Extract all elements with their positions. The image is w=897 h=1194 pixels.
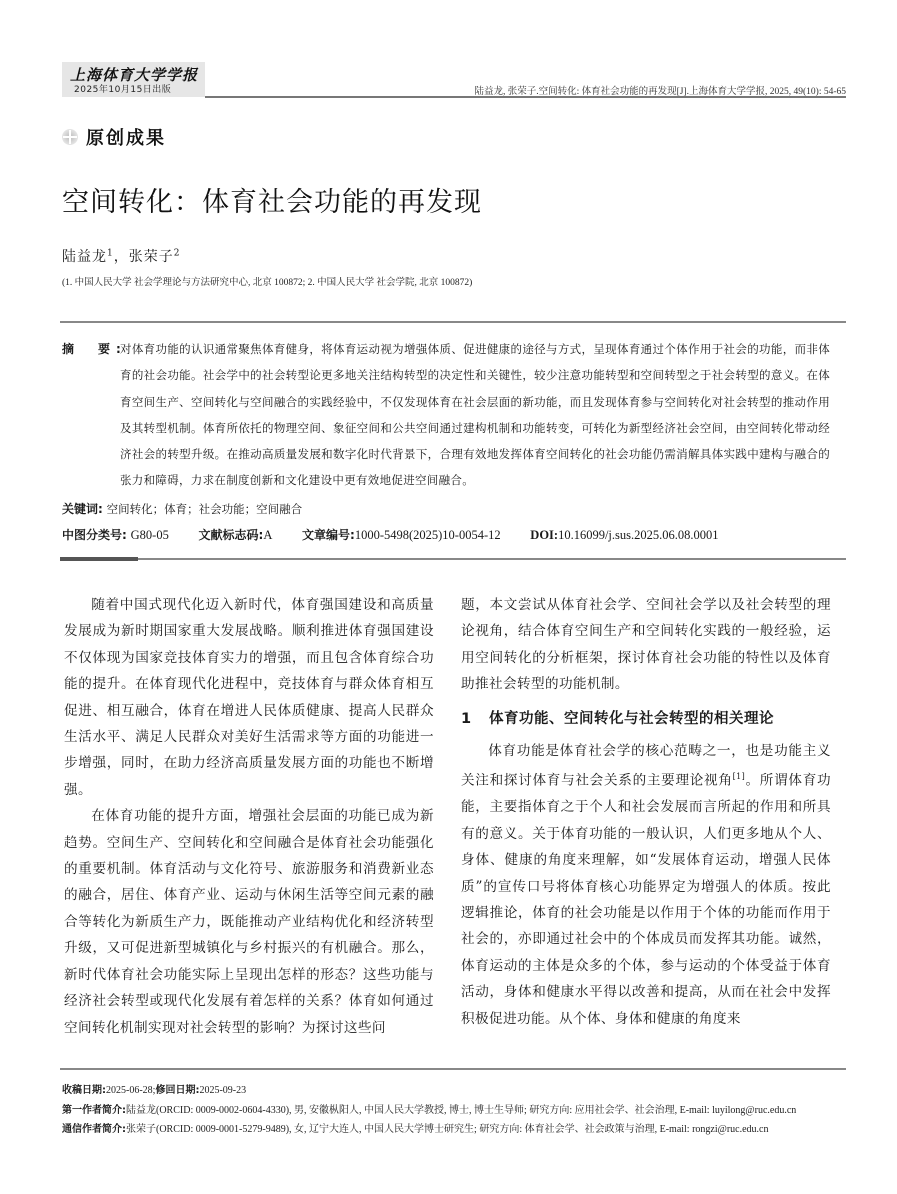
article-no-label: 文章编号: [302,528,355,542]
first-author-label: 第一作者简介: [62,1101,126,1121]
first-author-row: 第一作者简介: 陆益龙(ORCID: 0009-0002-0604-4330),… [62,1101,842,1121]
section-ornament-icon [62,129,78,145]
author-affil-mark: 2 [174,248,181,258]
doi-value[interactable]: 10.16099/j.sus.2025.06.08.0001 [558,528,718,542]
corresponding-author-value: 张荣子(ORCID: 0009-0001-5279-9489), 女, 辽宁大连… [126,1120,769,1140]
clc-label: 中图分类号: [62,528,127,542]
publish-date: 2025年10月15日出版 [74,82,171,95]
journal-logo: 上海体育大学学报 2025年10月15日出版 [62,62,205,97]
first-author-value: 陆益龙(ORCID: 0009-0002-0604-4330), 男, 安徽枞阳… [126,1101,796,1121]
keywords-value: 空间转化；体育；社会功能；空间融合 [107,502,303,516]
body-divider [138,558,846,560]
doc-code-value: A [263,528,272,542]
doi-label: DOI: [530,528,558,542]
section-heading-1: 1体育功能、空间转化与社会转型的相关理论 [461,706,831,732]
author-list: 陆益龙1，张荣子2 [62,246,180,266]
body-paragraph: 体育功能是体育社会学的核心范畴之一，也是功能主义关注和探讨体育与社会关系的主要理… [461,738,831,1032]
revised-label: 修回日期: [155,1081,199,1101]
received-label: 收稿日期: [62,1081,106,1101]
body-column-left: 随着中国式现代化迈入新时代，体育强国建设和高质量发展成为新时期国家重大发展战略。… [64,592,434,1041]
abstract-block: 摘 要: 对体育功能的认识通常聚焦体育健身，将体育运动视为增强体质、促进健康的途… [62,336,830,494]
clc-value: G80-05 [131,528,169,542]
paragraph-text: 。所谓体育功能，主要指体育之于个人和社会发展而言所起的作用和所具有的意义。关于体… [461,773,831,1027]
reference-marker[interactable]: [1] [733,772,746,781]
author-name: 陆益龙 [62,249,107,265]
received-value: 2025-06-28; [106,1081,155,1101]
article-no-value: 1000-5498(2025)10-0054-12 [355,528,501,542]
footnote-divider [60,1068,846,1070]
author-name: 张荣子 [129,249,174,265]
keywords-label: 关键词: [62,502,103,516]
section-label: 原创成果 [86,124,166,150]
section-heading-text: 体育功能、空间转化与社会转型的相关理论 [489,711,774,727]
keywords-line: 关键词: 空间转化；体育；社会功能；空间融合 [62,500,302,517]
body-column-right: 题，本文尝试从体育社会学、空间社会学以及社会转型的理论视角，结合体育空间生产和空… [461,592,831,1032]
body-paragraph: 题，本文尝试从体育社会学、空间社会学以及社会转型的理论视角，结合体育空间生产和空… [461,592,831,698]
abstract-top-divider [60,321,846,323]
doc-code-label: 文献标志码: [199,528,264,542]
section-tag: 原创成果 [62,124,166,150]
classification-line: 中图分类号: G80-05 文献标志码:A 文章编号:1000-5498(202… [62,526,719,543]
author-separator: ， [114,249,129,265]
body-paragraph: 随着中国式现代化迈入新时代，体育强国建设和高质量发展成为新时期国家重大发展战略。… [64,592,434,803]
abstract-text: 对体育功能的认识通常聚焦体育健身，将体育运动视为增强体质、促进健康的途径与方式，… [120,336,830,494]
article-title: 空间转化：体育社会功能的再发现 [62,180,482,219]
body-paragraph: 在体育功能的提升方面，增强社会层面的功能已成为新趋势。空间生产、空间转化和空间融… [64,803,434,1041]
dates-row: 收稿日期: 2025-06-28; 修回日期: 2025-09-23 [62,1081,842,1101]
abstract-label: 摘 要: [62,336,127,362]
revised-value: 2025-09-23 [199,1081,246,1101]
article-footnotes: 收稿日期: 2025-06-28; 修回日期: 2025-09-23 第一作者简… [62,1081,842,1140]
author-affil-mark: 1 [107,248,114,258]
affiliations: (1. 中国人民大学 社会学理论与方法研究中心, 北京 100872; 2. 中… [62,274,472,288]
section-heading-number: 1 [461,706,489,732]
corresponding-author-row: 通信作者简介: 张荣子(ORCID: 0009-0001-5279-9489),… [62,1120,842,1140]
citation-line: 陆益龙, 张荣子.空间转化: 体育社会功能的再发现[J].上海体育大学学报, 2… [474,83,846,97]
corresponding-author-label: 通信作者简介: [62,1120,126,1140]
body-divider-accent [60,557,138,561]
